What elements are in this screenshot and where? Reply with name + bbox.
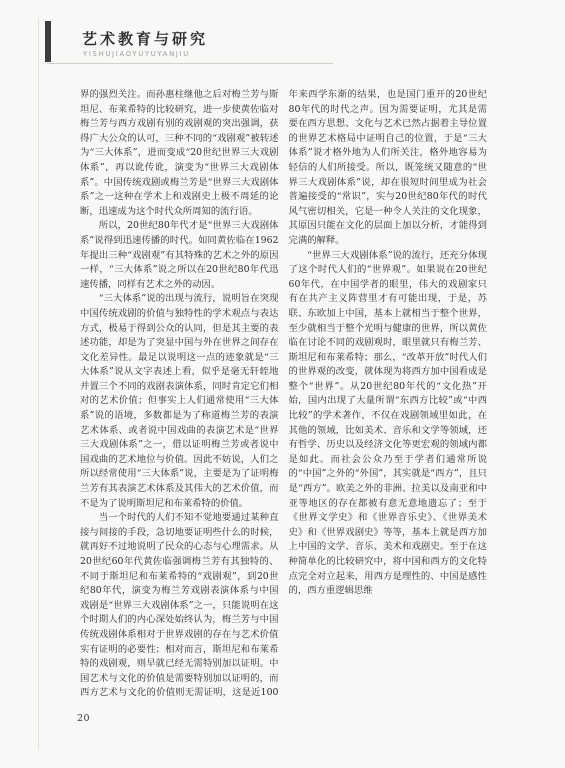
article-body: 界的强烈关注。而孙惠柱继他之后对梅兰芳与斯坦尼、布莱希特的比较研究，进一步使黄佐… bbox=[80, 88, 487, 708]
paragraph: 所以，20世纪80年代才是“世界三大戏剧体系”说得到迅速传播的时代。如同黄佐临在… bbox=[80, 219, 279, 292]
header-rule bbox=[47, 63, 333, 64]
paragraph: “三大体系”说的出现与流行，说明旨在突现中国传统戏剧的价值与独特性的学术观点与表… bbox=[80, 292, 279, 511]
paragraph-continuation: 界的强烈关注。而孙惠柱继他之后对梅兰芳与斯坦尼、布莱希特的比较研究，进一步使黄佐… bbox=[80, 88, 279, 219]
journal-title-pinyin: YISHUJIAOYUYUYANJIU bbox=[83, 50, 190, 58]
page-number: 20 bbox=[77, 713, 90, 724]
header-accent-bar bbox=[45, 21, 51, 62]
paragraph: “世界三大戏剧体系”说的流行，还充分体现了这个时代人们的“世界观”。如果说在20… bbox=[289, 249, 488, 599]
journal-page-scan: 艺术教育与研究 YISHUJIAOYUYUYANJIU 界的强烈关注。而孙惠柱继… bbox=[0, 0, 565, 768]
journal-title: 艺术教育与研究 bbox=[82, 28, 208, 49]
scan-edge-line bbox=[38, 18, 39, 750]
